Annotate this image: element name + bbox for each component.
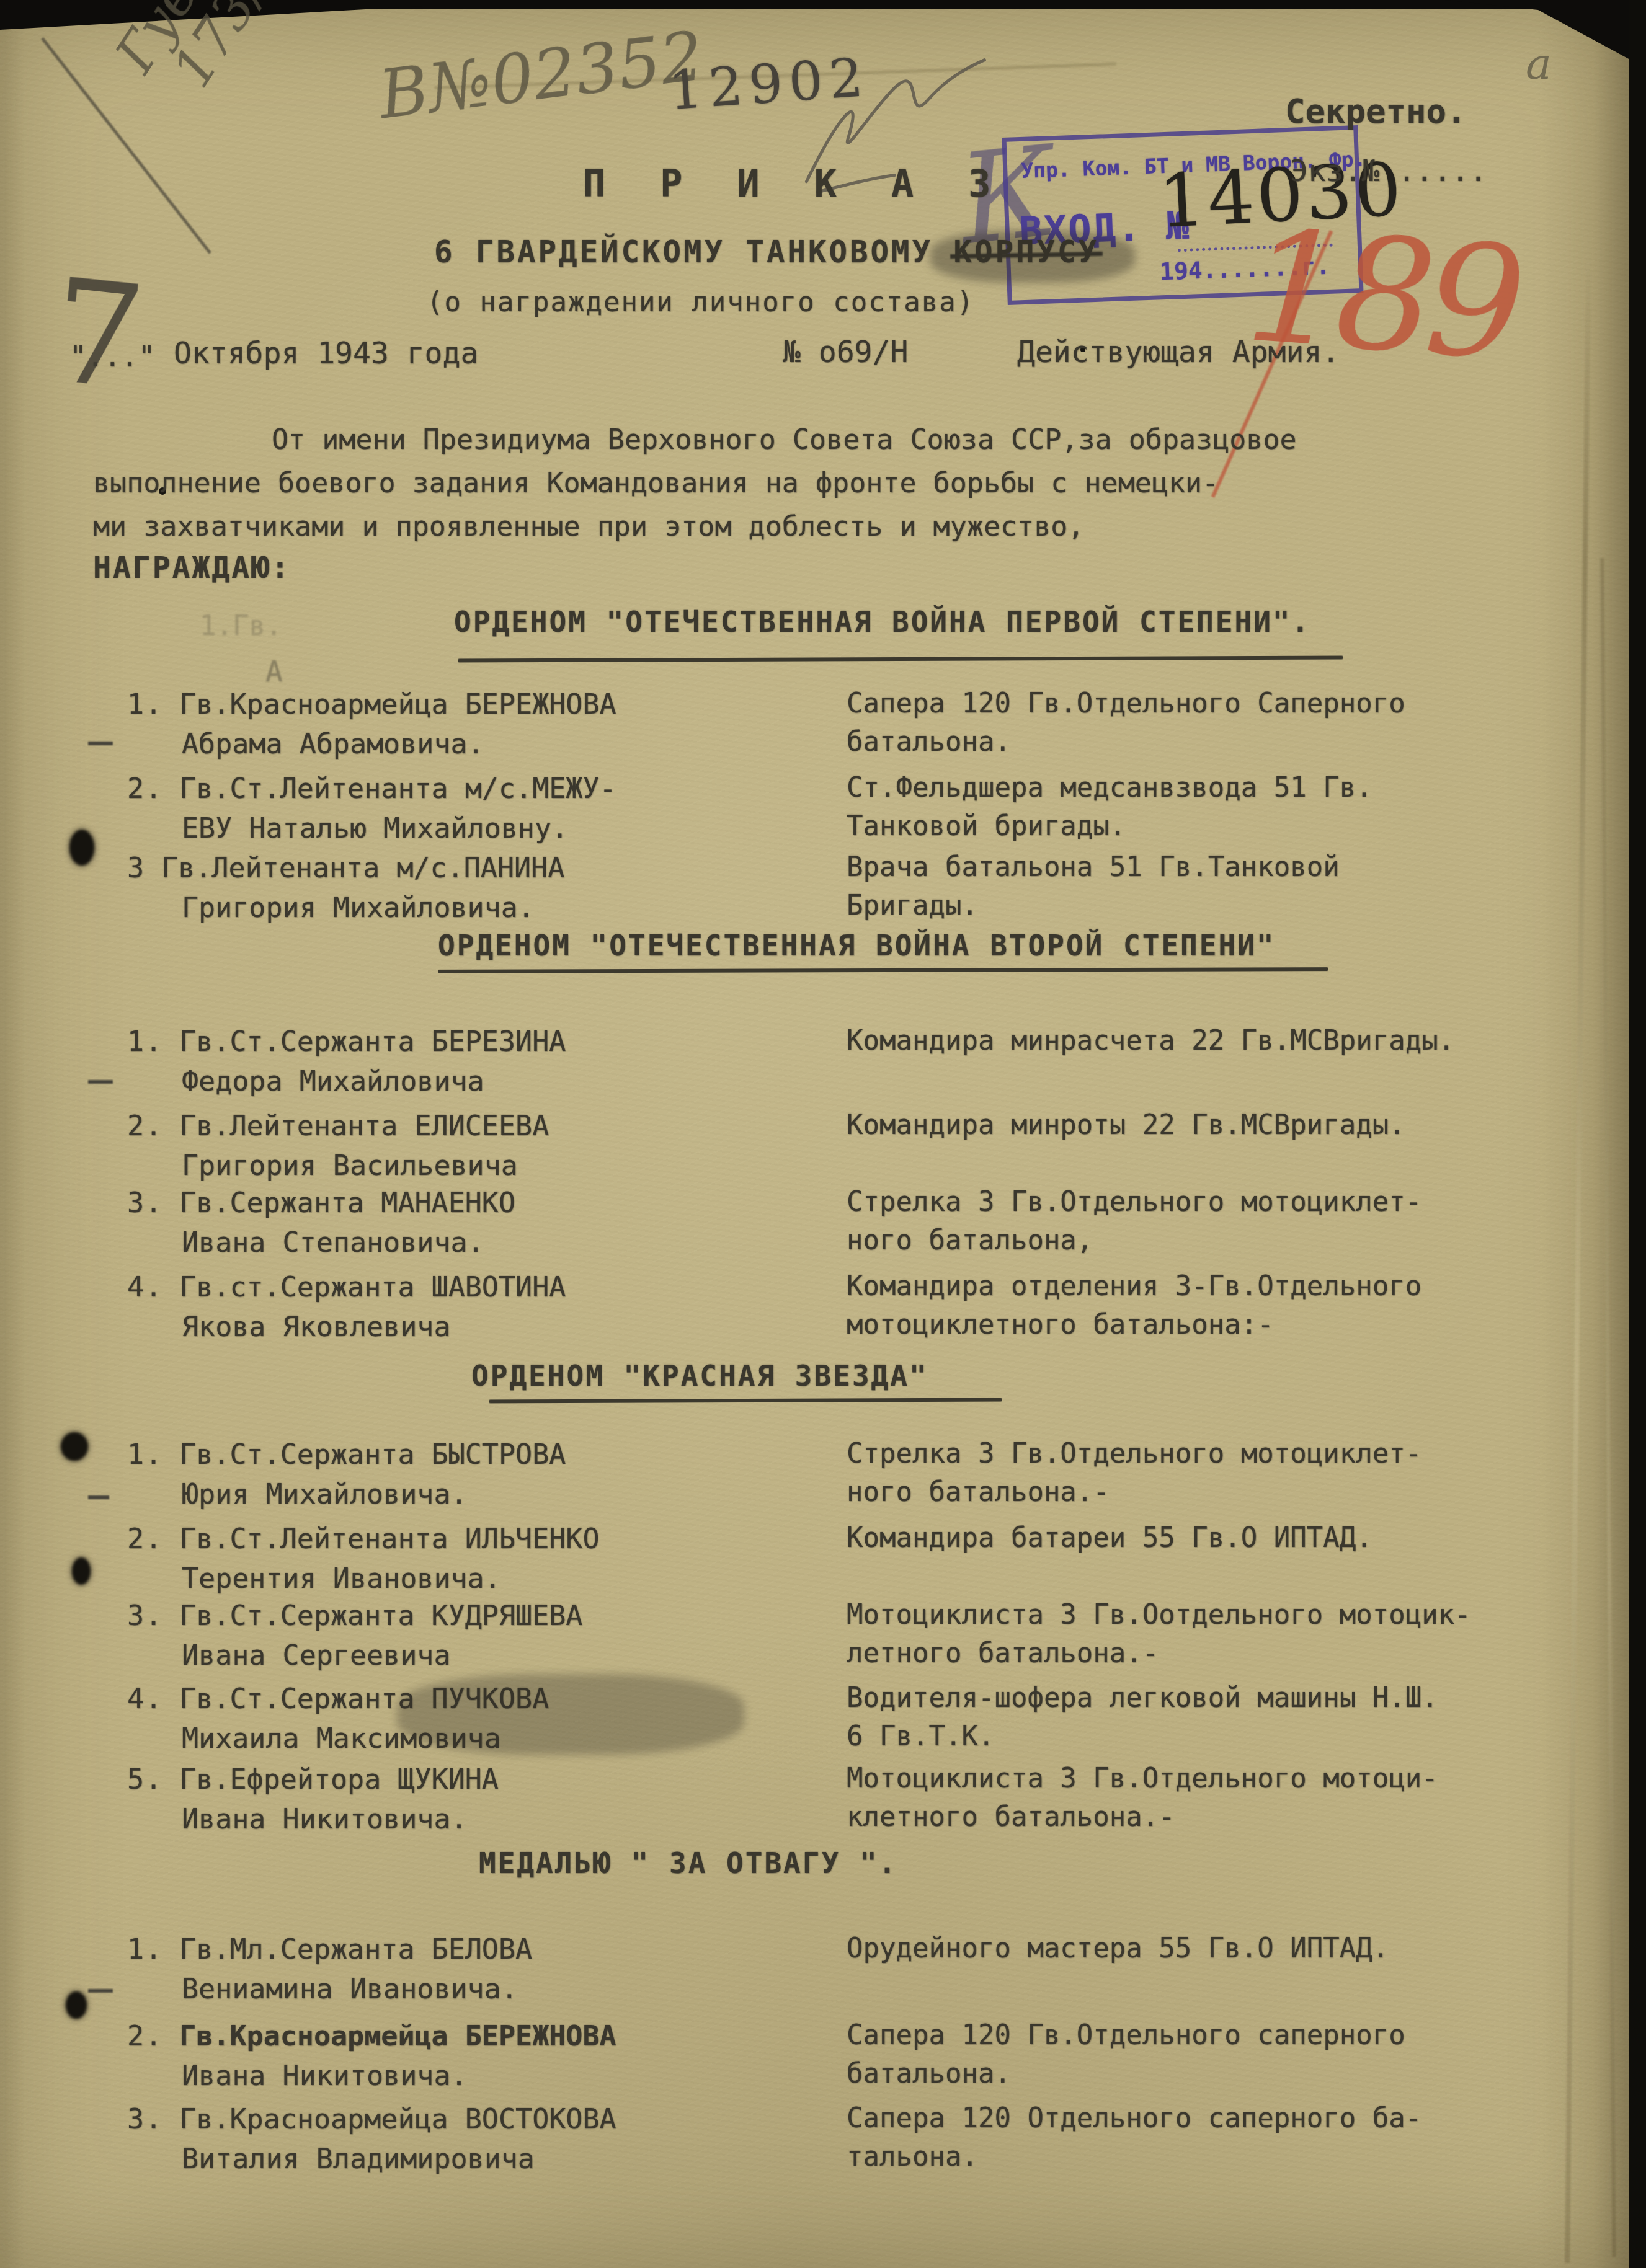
entry-name: Гв.Красноармейца ВОСТОКОВА <box>179 2102 616 2135</box>
entry-role-2: мотоциклетного батальона:- <box>847 1309 1274 1340</box>
smudge-addressee <box>930 231 1135 283</box>
award-entry: 3.Гв.Красноармейца ВОСТОКОВАВиталия Влад… <box>0 2099 1613 2180</box>
award-entry: 4.Гв.Ст.Сержанта ПУЧКОВАМихаила Максимов… <box>0 1679 1613 1760</box>
award-declaration: НАГРАЖДАЮ: <box>93 551 291 585</box>
award-entry: 4.Гв.ст.Сержанта ШАВОТИНАЯкова Яковлевич… <box>0 1267 1613 1348</box>
entry-role: Орудейного мастера 55 Гв.О ИПТАД. <box>847 1933 1389 1964</box>
award-entry: 2.Гв.Ст.Лейтенанта ИЛЬЧЕНКОТерентия Иван… <box>0 1519 1613 1600</box>
entry-name: Гв.Ст.Лейтенанта ИЛЬЧЕНКО <box>179 1522 599 1555</box>
entry-role: Ст.Фельдшера медсанвзвода 51 Гв. <box>847 772 1372 804</box>
award-entry: 2.Гв.Красноармейца БЕРЕЖНОВАИвана Никито… <box>0 2016 1613 2097</box>
entry-name: Гв.Красноармейца БЕРЕЖНОВА <box>179 688 616 720</box>
order-number: № о69/Н <box>783 335 908 370</box>
secrecy-label: Секретно. <box>1285 92 1467 131</box>
entry-number: 2. <box>127 772 179 805</box>
entry-name: Гв.Ст.Сержанта БЫСТРОВА <box>179 1438 566 1471</box>
scanned-document: { "marginalia": { "pencil_line1": "Гувр … <box>0 0 1646 2268</box>
award-entry: 5.Гв.Ефрейтора ЩУКИНАИвана Никитовича. М… <box>0 1760 1613 1840</box>
entry-number: 1. <box>127 1438 179 1471</box>
entry-number: 4. <box>127 1682 179 1715</box>
copy-number-label: Экз.№ ..... <box>1290 154 1487 188</box>
award-entry: 3Гв.Лейтенанта м/с.ПАНИНАГригория Михайл… <box>0 848 1613 929</box>
award-entry: 1.Гв.Красноармейца БЕРЕЖНОВААбрама Абрам… <box>0 684 1613 765</box>
entry-name: Гв.Ст.Сержанта КУДРЯШЕВА <box>179 1599 582 1632</box>
entry-role: Стрелка 3 Гв.Отдельного мотоциклет- <box>847 1438 1421 1469</box>
entry-role-2: тальона. <box>847 2141 978 2173</box>
entry-patronymic: Терентия Ивановича. <box>127 1562 501 1595</box>
entry-name: Гв.Ст.Лейтенанта м/с.МЕЖУ- <box>179 772 616 805</box>
entry-patronymic: ЕВУ Наталью Михайловну. <box>127 812 568 844</box>
entry-role-2: ного батальона.- <box>847 1476 1110 1508</box>
award-entry: 1.Гв.Ст.Сержанта БЕРЕЗИНАФедора Михайлов… <box>0 1022 1613 1102</box>
entry-patronymic: Ивана Сергеевича <box>127 1639 450 1672</box>
entry-name: Гв.Сержанта МАНАЕНКО <box>179 1186 515 1219</box>
entry-role: Командира минроты 22 Гв.МСВригады. <box>847 1109 1405 1141</box>
section-heading-medal: МЕДАЛЬЮ " ЗА ОТВАГУ ". <box>479 1846 897 1880</box>
entry-role: Сапера 120 Гв.Отдельного саперного <box>847 2019 1405 2051</box>
entry-patronymic: Юрия Михайловича. <box>127 1477 468 1510</box>
entry-role-2: Бригады. <box>847 890 978 921</box>
entry-patronymic: Якова Яковлевича <box>127 1310 450 1343</box>
entry-role-2: батальона. <box>847 726 1011 758</box>
entry-number: 3. <box>127 1599 179 1632</box>
order-date: Октября 1943 года <box>174 336 478 371</box>
entry-patronymic: Ивана Никитовича. <box>127 2059 468 2092</box>
award-entry: 2.Гв.Ст.Лейтенанта м/с.МЕЖУ-ЕВУ Наталью … <box>0 769 1613 849</box>
entry-role-2: батальона. <box>847 2058 1011 2089</box>
entry-name: Гв.Лейтенанта ЕЛИСЕЕВА <box>179 1109 549 1142</box>
entry-number: 3. <box>127 2102 179 2135</box>
entry-role-2: летного батальона.- <box>847 1637 1159 1669</box>
entry-name: Гв.Ст.Сержанта БЕРЕЗИНА <box>179 1025 566 1058</box>
entry-role: Сапера 120 Отдельного саперного ба- <box>847 2102 1421 2134</box>
entry-role: Сапера 120 Гв.Отдельного Саперного <box>847 688 1405 719</box>
entry-number: 2. <box>127 1522 179 1555</box>
entry-role: Стрелка 3 Гв.Отдельного мотоциклет- <box>847 1186 1421 1218</box>
entry-number: 1. <box>127 1933 179 1965</box>
entry-number: 2. <box>127 2019 179 2052</box>
preamble-line-1: От имени Президиума Верховного Совета Со… <box>272 423 1297 456</box>
entry-name: Гв.Мл.Сержанта БЕЛОВА <box>179 1933 532 1965</box>
entry-role: Мотоциклиста 3 Гв.Отдельного мотоци- <box>847 1763 1438 1794</box>
preamble-line-2: выполнение боевого задания Командования … <box>93 466 1219 499</box>
award-entry: 3.Гв.Ст.Сержанта КУДРЯШЕВАИвана Сергееви… <box>0 1596 1613 1677</box>
ghost-letter: А <box>265 655 283 688</box>
entry-role-2: ного батальона, <box>847 1225 1093 1256</box>
ghost-typed-note: 1.Гв. <box>200 610 282 642</box>
section-heading-ov1: ОРДЕНОМ "ОТЕЧЕСТВЕННАЯ ВОЙНА ПЕРВОЙ СТЕП… <box>454 605 1310 639</box>
entry-role: Водителя-шофера легковой машины Н.Ш. <box>847 1682 1438 1714</box>
entry-name: Гв.Ефрейтора ЩУКИНА <box>179 1763 499 1796</box>
entry-name: Гв.Красноармейца БЕРЕЖНОВА <box>179 2019 616 2052</box>
pen-dash <box>88 1495 109 1499</box>
entry-patronymic: Григория Михайловича. <box>127 891 535 924</box>
entry-name: Гв.Лейтенанта м/с.ПАНИНА <box>161 851 564 884</box>
entry-number: 2. <box>127 1109 179 1142</box>
order-subject: (о награждении личного состава) <box>427 286 974 318</box>
entry-number: 1. <box>127 688 179 720</box>
order-title: П Р И К А З <box>583 162 1007 206</box>
pencil-letter-a: а <box>1526 38 1552 89</box>
entry-role: Командира минрасчета 22 Гв.МСВригады. <box>847 1025 1454 1056</box>
entry-number: 3. <box>127 1186 179 1219</box>
entry-name: Гв.ст.Сержанта ШАВОТИНА <box>179 1270 566 1303</box>
entry-patronymic: Федора Михайловича <box>127 1065 484 1097</box>
entry-number: 1. <box>127 1025 179 1058</box>
entry-patronymic: Григория Васильевича <box>127 1149 518 1182</box>
entry-number: 3 <box>127 851 161 884</box>
entry-number: 4. <box>127 1270 179 1303</box>
entry-patronymic: Виталия Владимировича <box>127 2142 535 2175</box>
pen-dash <box>88 1080 113 1084</box>
smudge-entry <box>397 1674 744 1755</box>
award-entry: 2.Гв.Лейтенанта ЕЛИСЕЕВАГригория Василье… <box>0 1106 1613 1187</box>
entry-role: Врача батальона 51 Гв.Танковой <box>847 851 1340 883</box>
entry-patronymic: Вениамина Ивановича. <box>127 1972 518 2005</box>
preamble-line-3: ми захватчиками и проявленные при этом д… <box>93 510 1084 543</box>
entry-role: Командира отделения 3-Гв.Отдельного <box>847 1270 1421 1302</box>
entry-role: Командира батареи 55 Гв.О ИПТАД. <box>847 1522 1372 1554</box>
entry-number: 5. <box>127 1763 179 1796</box>
entry-role-2: клетного батальона.- <box>847 1801 1175 1833</box>
army-note: Действующая Армия. <box>1017 335 1340 370</box>
section-heading-ov2: ОРДЕНОМ "ОТЕЧЕСТВЕННАЯ ВОЙНА ВТОРОЙ СТЕП… <box>438 929 1276 962</box>
entry-patronymic: Ивана Никитовича. <box>127 1802 468 1835</box>
entry-role: Мотоциклиста 3 Гв.Оотдельного мотоцик- <box>847 1599 1471 1631</box>
entry-role-2: 6 Гв.Т.К. <box>847 1721 994 1752</box>
pencil-seven: 7 <box>43 249 151 423</box>
award-entry: 1.Гв.Ст.Сержанта БЫСТРОВАЮрия Михайлович… <box>0 1435 1613 1515</box>
award-entry: 3.Гв.Сержанта МАНАЕНКОИвана Степановича.… <box>0 1183 1613 1264</box>
scan-edge-right <box>1629 0 1646 2268</box>
entry-patronymic: Ивана Степановича. <box>127 1226 484 1259</box>
pen-dash <box>88 1989 113 1993</box>
entry-role-2: Танковой бригады. <box>847 810 1126 842</box>
award-entry: 1.Гв.Мл.Сержанта БЕЛОВАВениамина Иванови… <box>0 1929 1613 2010</box>
pen-dash <box>88 742 113 745</box>
section-heading-rz: ОРДЕНОМ "КРАСНАЯ ЗВЕЗДА" <box>471 1359 928 1393</box>
entry-patronymic: Абрама Абрамовича. <box>127 727 484 760</box>
